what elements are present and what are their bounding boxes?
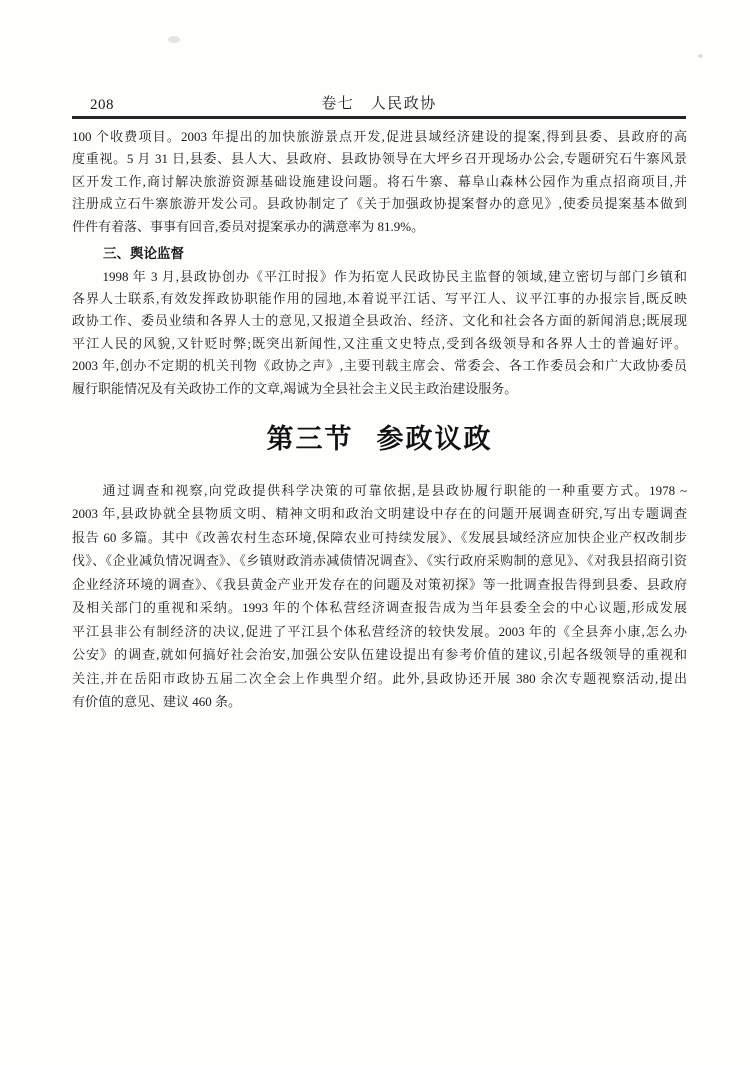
body-line: 注册成立石牛寨旅游开发公司。县政协制定了《关于加强政协提案督办的意见》,使委员提… [72, 193, 687, 215]
body-line: 区开发工作,商讨解决旅游资源基础设施建设问题。将石牛寨、幕阜山森林公园作为重点招… [72, 171, 687, 193]
section-title: 参政议政 [376, 424, 492, 454]
body-line: 企业经济环境的调查》、《我县黄金产业开发存在的问题及对策初探》等一批调查报告得到… [72, 573, 687, 597]
paragraph-continuation: 100 个收费项目。2003 年提出的加快旅游景点开发,促进县域经济建设的提案,… [72, 126, 687, 238]
scan-speck [698, 54, 703, 58]
section-heading: 第三节参政议政 [72, 420, 687, 458]
body-line: 平江人民的风貌,又针贬时弊;既突出新闻性,又注重文史特点,受到各级领导和各界人士… [72, 333, 687, 355]
running-header: 208 卷七 人民政协 [72, 96, 686, 116]
book-page: 208 卷七 人民政协 100 个收费项目。2003 年提出的加快旅游景点开发,… [0, 0, 750, 1065]
body-line: 2003 年,县政协就全县物质文明、精神文明和政治文明建设中存在的问题开展调查研… [72, 502, 687, 526]
page-number: 208 [90, 97, 114, 114]
scan-speck [168, 36, 180, 43]
body-line: 有价值的意见、建议 460 条。 [72, 690, 687, 714]
body-line: 伐》、《企业减负情况调查》、《乡镇财政消赤减债情况调查》、《实行政府采购制的意见… [72, 549, 687, 573]
paragraph-participation-deliberation: 通过调查和视察,向党政提供科学决策的可靠依据,是县政协履行职能的一种重要方式。1… [72, 479, 687, 714]
body-line: 100 个收费项目。2003 年提出的加快旅游景点开发,促进县域经济建设的提案,… [72, 126, 687, 148]
body-line: 关注,并在岳阳市政协五届二次全会上作典型介绍。此外,县政协还开展 380 余次专… [72, 667, 687, 691]
body-line: 1998 年 3 月,县政协创办《平江时报》作为拓宽人民政协民主监督的领域,建立… [72, 266, 687, 288]
section-number: 第三节 [267, 424, 354, 454]
body-line: 及相关部门的重视和采纳。1993 年的个体私营经济调查报告成为当年县委全会的中心… [72, 596, 687, 620]
body-line: 各界人士联系,有效发挥政协职能作用的园地,本着说平江话、写平江人、议平江事的办报… [72, 288, 687, 310]
header-rule [72, 116, 686, 119]
body-line: 政协工作、委员业绩和各界人士的意见,又报道全县政治、经济、文化和社会各方面的新闻… [72, 310, 687, 332]
body-line: 度重视。5 月 31 日,县委、县人大、县政府、县政协领导在大坪乡召开现场办公会… [72, 148, 687, 170]
body-line: 报告 60 多篇。其中《改善农村生态环境,保障农业可持续发展》、《发展县域经济应… [72, 526, 687, 550]
body-line: 公安》的调查,就如何搞好社会治安,加强公安队伍建设提出有参考价值的建议,引起各级… [72, 643, 687, 667]
body-line: 履行职能情况及有关政协工作的文章,竭诚为全县社会主义民主政治建设服务。 [72, 378, 687, 400]
running-header-title: 卷七 人民政协 [72, 96, 686, 113]
subheading-public-opinion-supervision: 三、舆论监督 [72, 243, 687, 265]
body-line: 2003 年,创办不定期的机关刊物《政协之声》,主要刊载主席会、常委会、各工作委… [72, 355, 687, 377]
body-line: 件件有着落、事事有回音,委员对提案承办的满意率为 81.9%。 [72, 216, 687, 238]
body-line: 平江县非公有制经济的决议,促进了平江县个体私营经济的较快发展。2003 年的《全… [72, 620, 687, 644]
paragraph-public-opinion: 1998 年 3 月,县政协创办《平江时报》作为拓宽人民政协民主监督的领域,建立… [72, 266, 687, 400]
body-line: 通过调查和视察,向党政提供科学决策的可靠依据,是县政协履行职能的一种重要方式。1… [72, 479, 687, 503]
